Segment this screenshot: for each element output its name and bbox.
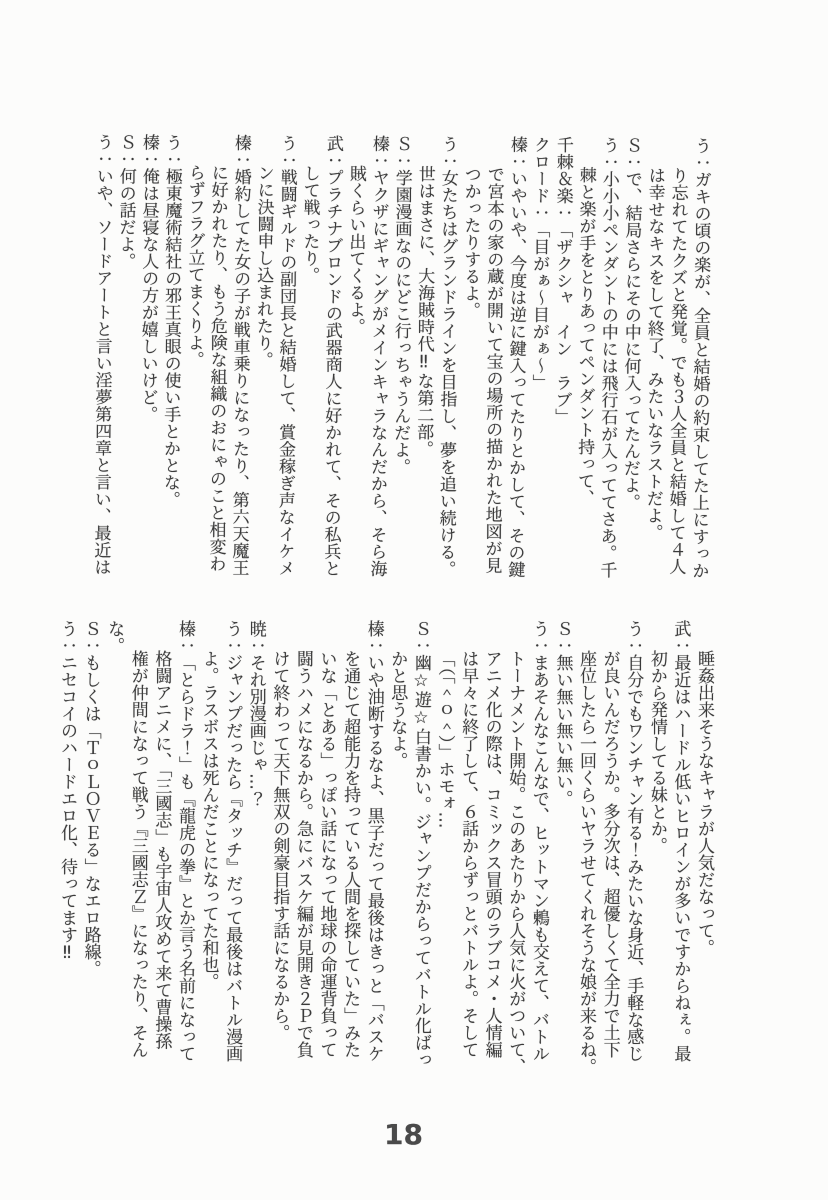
dialogue-line: が良いんだろうか。多分次は、超優しくて全力で土下	[597, 620, 621, 1077]
dialogue-line: よ。ラスボスは死んだことになってた和也。	[196, 620, 220, 1077]
dialogue-line: 榛：俺は昼寝な人の方が嬉しいけど。	[134, 133, 160, 576]
dialogue-line: Ｓ：で、結局さらにその中に何入ってたんだよ。	[617, 136, 643, 579]
dialogue-line: 「（「＾ｏ＾）」ホモォ…	[432, 620, 456, 1077]
dialogue-line: う：小小小ペンダントの中には飛行石が入っててさあ。千	[594, 136, 620, 579]
dialogue-line: いな「とある」っぽい話になって地球の命運背負って	[314, 620, 338, 1077]
dialogue-line: クロード：「目がぁ～目がぁ～」	[525, 136, 551, 579]
scanned-doujinshi-page: う：ガキの頃の楽が、全員と結婚の約束してた上にすっかり忘れてたクズと発覚。でも３…	[0, 0, 828, 1200]
dialogue-line: は早々に終了して、６話からずっとバトルよ。そして	[455, 620, 479, 1077]
dialogue-line: 座位したら一回くらいヤラせてくれそうな娘が来るね。	[573, 620, 597, 1077]
dialogue-line: う：女たちはグランドラインを目指し、夢を追い続ける。	[433, 135, 459, 578]
dialogue-line: う：戦闘ギルドの副団長と結婚して、賞金稼ぎ声なイケメ	[272, 134, 298, 577]
dialogue-line: 棘と楽が手をとりあってペンダント持って、	[571, 136, 597, 579]
dialogue-line: う：ガキの頃の楽が、全員と結婚の約束してた上にすっか	[686, 137, 712, 580]
dialogue-line: ンに決闘申し込まれたり。	[249, 134, 275, 577]
dialogue-line: 初から発情してる妹とか。	[644, 620, 668, 1077]
dialogue-line: 武：プラチナブロンドの武器商人に好かれて、その私兵と	[318, 135, 344, 578]
dialogue-line: は幸せなキスをして終了、みたいなラストだよ。	[640, 137, 666, 580]
dialogue-line: Ｓ：幽☆遊☆白書かい。ジャンプだからってバトル化ばっ	[408, 620, 432, 1077]
dialogue-line: 武：最近はハードル低いヒロインが多いですからねぇ。最	[668, 620, 692, 1077]
dialogue-line: 格闘アニメに、「三國志」も宇宙人攻めて来て曹操孫	[149, 620, 173, 1077]
dialogue-line: Ｓ：何の話だよ。	[111, 133, 137, 576]
dialogue-block-top: う：ガキの頃の楽が、全員と結婚の約束してた上にすっかり忘れてたクズと発覚。でも３…	[88, 133, 712, 580]
dialogue-line: 暁：それ別漫画じゃ…？	[243, 620, 267, 1077]
dialogue-line: う：自分でもワンチャン有る！みたいな身近、手軽な感じ	[621, 620, 645, 1077]
dialogue-line: Ｓ：学園漫画なのにどこ行っちゃうんだよ。	[387, 135, 413, 578]
dialogue-line: けて終わって天下無双の剣豪目指す話になるから。	[267, 620, 291, 1077]
dialogue-line: 榛：婚約してた女の子が戦車乗りになったり、第六天魔王	[226, 134, 252, 577]
dialogue-line: 睡姦出来そうなキャラが人気だなって。	[691, 620, 715, 1077]
dialogue-line: う：極東魔術結社の邪王真眼の使い手とかとな。	[157, 134, 183, 577]
dialogue-line: らずフラグ立てまくりよ。	[180, 134, 206, 577]
dialogue-line: を通じて超能力を持っている人間を探していた」みた	[338, 620, 362, 1077]
dialogue-line: Ｓ：無い無い無い無い。	[550, 620, 574, 1077]
dialogue-line: で宮本の家の蔵が開いて宝の場所の描かれた地図が見	[479, 136, 505, 579]
dialogue-line: う：いや、ソードアートと言い淫夢第四章と言い、最近は	[88, 133, 114, 576]
dialogue-line: 権が仲間になって戦う『三國志Ｚ』になったり、そんな。	[102, 620, 149, 1077]
dialogue-line: に好かれたり、もう危険な組織のおにゃのこと相変わ	[203, 134, 229, 577]
dialogue-line: して戦ったり。	[295, 134, 321, 577]
dialogue-block-bottom: 睡姦出来そうなキャラが人気だなって。武：最近はハードル低いヒロインが多いですから…	[54, 620, 715, 1077]
dialogue-line: 賊くらい出てくるよ。	[341, 135, 367, 578]
dialogue-line: 闘うハメになるから。急にバスケ編が見開き２Ｐで負	[290, 620, 314, 1077]
dialogue-line: う：ニセコイのハードエロ化、待ってます‼	[54, 620, 78, 1077]
dialogue-line: り忘れてたクズと発覚。でも３人全員と結婚して４人	[663, 137, 689, 580]
dialogue-line: Ｓ：もしくは「ＴｏＬＯＶＥる」なエロ路線。	[78, 620, 102, 1077]
page-number: 18	[384, 1118, 423, 1151]
dialogue-line: 榛：いやいや、今度は逆に鍵入ってたりとかして、その鍵	[502, 136, 528, 579]
dialogue-line: う：まあそんなこんなで、ヒットマン鶫も交えて、バトル	[526, 620, 550, 1077]
dialogue-line: 榛：「とらドラ！」も『龍虎の拳』とか言う名前になって	[172, 620, 196, 1077]
dialogue-line: 千棘＆楽：「ザクシャ イン ラブ」	[548, 136, 574, 579]
dialogue-line: つかったりするよ。	[456, 135, 482, 578]
dialogue-line: アニメ化の際は、コミックス冒頭のラブコメ・人情編	[479, 620, 503, 1077]
dialogue-line: 世はまさに、大海賊時代‼な第二部。	[410, 135, 436, 578]
dialogue-line: かと思うなよ。	[385, 620, 409, 1077]
dialogue-line: う：ジャンプだったら『タッチ』だって最後はバトル漫画	[220, 620, 244, 1077]
dialogue-line: 榛：ヤクザにギャングがメインキャラなんだから、そら海	[364, 135, 390, 578]
dialogue-line: 榛：いや油断するなよ、黒子だって最後はきっと「バスケ	[361, 620, 385, 1077]
dialogue-line: トーナメント開始。このあたりから人気に火がついて、	[503, 620, 527, 1077]
